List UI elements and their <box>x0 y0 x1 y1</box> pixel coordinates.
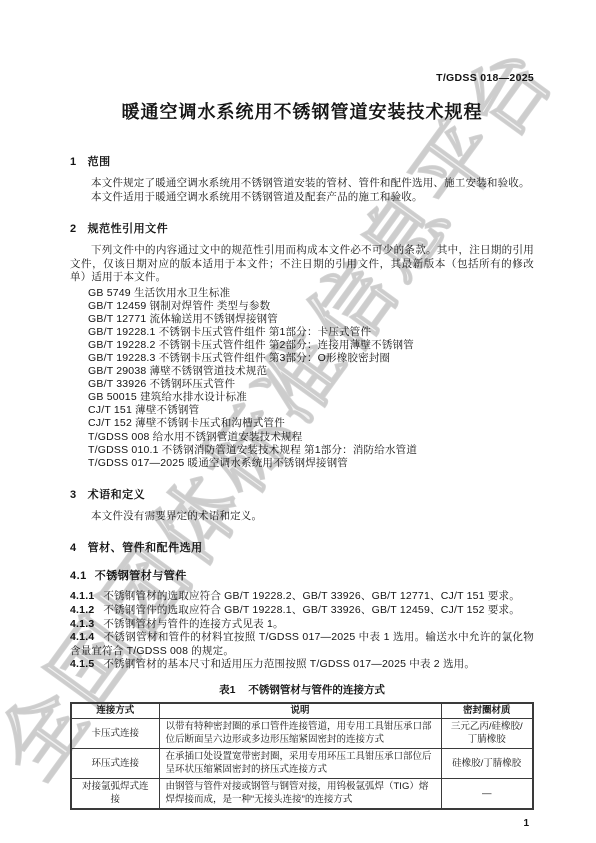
clause-text: 不锈钢管材的基本尺寸和适用压力范围按照 T/GDSS 017—2025 中表 2… <box>103 658 475 670</box>
section-number: 4 <box>70 542 77 554</box>
normative-references-list: GB 5749 生活饮用水卫生标准 GB/T 12459 钢制对焊管件 类型与参… <box>70 287 534 470</box>
cell-method: 对接氩弧焊式连接 <box>71 779 159 810</box>
section-number: 3 <box>70 489 77 501</box>
document-page: 全国团体标准信息平台 T/GDSS 018—2025 暖通空调水系统用不锈钢管道… <box>0 0 596 843</box>
page-number: 1 <box>70 818 534 829</box>
cell-description: 由钢管与管件对接或钢管与钢管对接，用钨极氩弧焊（TIG）熔焊焊接而成，是一种“无… <box>159 779 441 810</box>
column-header-method: 连接方式 <box>71 703 159 719</box>
subsection-number: 4.1 <box>70 570 87 582</box>
section-2-body: 下列文件中的内容通过文中的规范性引用而构成本文件必不可少的条款。其中，注日期的引… <box>70 244 534 285</box>
reference-item: GB/T 33926 不锈钢环压式管件 <box>88 378 534 391</box>
clause-number: 4.1.2 <box>70 604 94 616</box>
section-title: 术语和定义 <box>88 489 146 501</box>
section-number: 2 <box>70 223 77 235</box>
clause: 4.1.5不锈钢管材的基本尺寸和适用压力范围按照 T/GDSS 017—2025… <box>70 658 534 672</box>
column-header-description: 说明 <box>159 703 441 719</box>
table-caption-text: 不锈钢管材与管件的连接方式 <box>248 684 385 696</box>
subsection-4-1-clauses: 4.1.1不锈钢管材的选取应符合 GB/T 19228.2、GB/T 33926… <box>70 590 534 672</box>
clause: 4.1.4不锈钢管材和管件的材料宜按照 T/GDSS 017—2025 中表 1… <box>70 631 534 658</box>
reference-item: GB/T 12459 钢制对焊管件 类型与参数 <box>88 300 534 313</box>
reference-item: CJ/T 152 薄壁不锈钢卡压式和沟槽式管件 <box>88 417 534 430</box>
clause-text: 不锈钢管材和管件的材料宜按照 T/GDSS 017—2025 中表 1 选用。输… <box>70 631 534 657</box>
reference-item: GB 50015 建筑给水排水设计标准 <box>88 391 534 404</box>
section-title: 范围 <box>88 156 111 168</box>
section-1-body: 本文件规定了暖通空调水系统用不锈钢管道安装的管材、管件和配件选用、施工安装和验收… <box>70 177 534 204</box>
reference-item: GB/T 29038 薄壁不锈钢管道技术规范 <box>88 365 534 378</box>
section-heading-2: 2规范性引用文件 <box>70 220 534 236</box>
table-1-caption: 表1不锈钢管材与管件的连接方式 <box>70 682 534 697</box>
paragraph: 本文件没有需要界定的术语和定义。 <box>70 510 534 524</box>
clause-number: 4.1.3 <box>70 618 94 630</box>
cell-method: 卡压式连接 <box>71 719 159 749</box>
section-title: 规范性引用文件 <box>88 223 169 235</box>
clause: 4.1.1不锈钢管材的选取应符合 GB/T 19228.2、GB/T 33926… <box>70 590 534 604</box>
paragraph: 下列文件中的内容通过文中的规范性引用而构成本文件必不可少的条款。其中，注日期的引… <box>70 244 534 285</box>
table-row: 对接氩弧焊式连接 由钢管与管件对接或钢管与钢管对接，用钨极氩弧焊（TIG）熔焊焊… <box>71 779 533 810</box>
cell-seal: 硅橡胶/丁腈橡胶 <box>441 749 533 779</box>
column-header-seal: 密封圈材质 <box>441 703 533 719</box>
clause-number: 4.1.5 <box>70 658 94 670</box>
table-row: 卡压式连接 以带有特种密封圈的承口管件连接管道，用专用工具钳压承口部位后断面呈六… <box>71 719 533 749</box>
section-3-body: 本文件没有需要界定的术语和定义。 <box>70 510 534 524</box>
paragraph: 本文件规定了暖通空调水系统用不锈钢管道安装的管材、管件和配件选用、施工安装和验收… <box>70 177 534 191</box>
doc-number: T/GDSS 018—2025 <box>70 0 534 84</box>
paragraph: 本文件适用于暖通空调水系统用不锈钢管道及配套产品的施工和验收。 <box>70 191 534 205</box>
cell-seal: — <box>441 779 533 810</box>
section-heading-4: 4管材、管件和配件选用 <box>70 539 534 555</box>
section-heading-3: 3术语和定义 <box>70 486 534 502</box>
reference-item: GB/T 12771 流体输送用不锈钢焊接钢管 <box>88 313 534 326</box>
clause-number: 4.1.4 <box>70 631 94 643</box>
table-header-row: 连接方式 说明 密封圈材质 <box>71 703 533 719</box>
document-title: 暖通空调水系统用不锈钢管道安装技术规程 <box>70 98 534 124</box>
table-row: 环压式连接 在承插口处设置宽带密封圈，采用专用环压工具钳压承口部位后呈环状压缩紧… <box>71 749 533 779</box>
table-caption-label: 表1 <box>219 684 235 696</box>
page-content: T/GDSS 018—2025 暖通空调水系统用不锈钢管道安装技术规程 1范围 … <box>70 0 534 829</box>
subsection-title: 不锈钢管材与管件 <box>95 570 187 582</box>
reference-item: GB/T 19228.3 不锈钢卡压式管件组件 第3部分：O形橡胶密封圈 <box>88 352 534 365</box>
section-heading-1: 1范围 <box>70 153 534 169</box>
subsection-heading-4-1: 4.1不锈钢管材与管件 <box>70 567 534 583</box>
clause: 4.1.2不锈钢管件的选取应符合 GB/T 19228.1、GB/T 33926… <box>70 604 534 618</box>
connection-methods-table: 连接方式 说明 密封圈材质 卡压式连接 以带有特种密封圈的承口管件连接管道，用专… <box>70 702 534 811</box>
reference-item: GB 5749 生活饮用水卫生标准 <box>88 287 534 300</box>
clause: 4.1.3不锈钢管材与管件的连接方式见表 1。 <box>70 618 534 632</box>
reference-item: CJ/T 151 薄壁不锈钢管 <box>88 404 534 417</box>
reference-item: GB/T 19228.2 不锈钢卡压式管件组件 第2部分：连接用薄壁不锈钢管 <box>88 339 534 352</box>
cell-description: 在承插口处设置宽带密封圈，采用专用环压工具钳压承口部位后呈环状压缩紧固密封的挤压… <box>159 749 441 779</box>
clause-text: 不锈钢管材与管件的连接方式见表 1。 <box>103 618 283 630</box>
clause-number: 4.1.1 <box>70 590 94 602</box>
reference-item: T/GDSS 010.1 不锈钢消防管道安装技术规程 第1部分：消防给水管道 <box>88 444 534 457</box>
cell-description: 以带有特种密封圈的承口管件连接管道，用专用工具钳压承口部位后断面呈六边形或多边形… <box>159 719 441 749</box>
reference-item: T/GDSS 008 给水用不锈钢管道安装技术规程 <box>88 431 534 444</box>
clause-text: 不锈钢管材的选取应符合 GB/T 19228.2、GB/T 33926、GB/T… <box>103 590 520 602</box>
reference-item: GB/T 19228.1 不锈钢卡压式管件组件 第1部分：卡压式管件 <box>88 326 534 339</box>
reference-item: T/GDSS 017—2025 暖通空调水系统用不锈钢焊接钢管 <box>88 457 534 470</box>
clause-text: 不锈钢管件的选取应符合 GB/T 19228.1、GB/T 33926、GB/T… <box>103 604 520 616</box>
cell-seal: 三元乙丙/硅橡胶/丁腈橡胶 <box>441 719 533 749</box>
cell-method: 环压式连接 <box>71 749 159 779</box>
section-title: 管材、管件和配件选用 <box>88 542 203 554</box>
section-number: 1 <box>70 156 77 168</box>
